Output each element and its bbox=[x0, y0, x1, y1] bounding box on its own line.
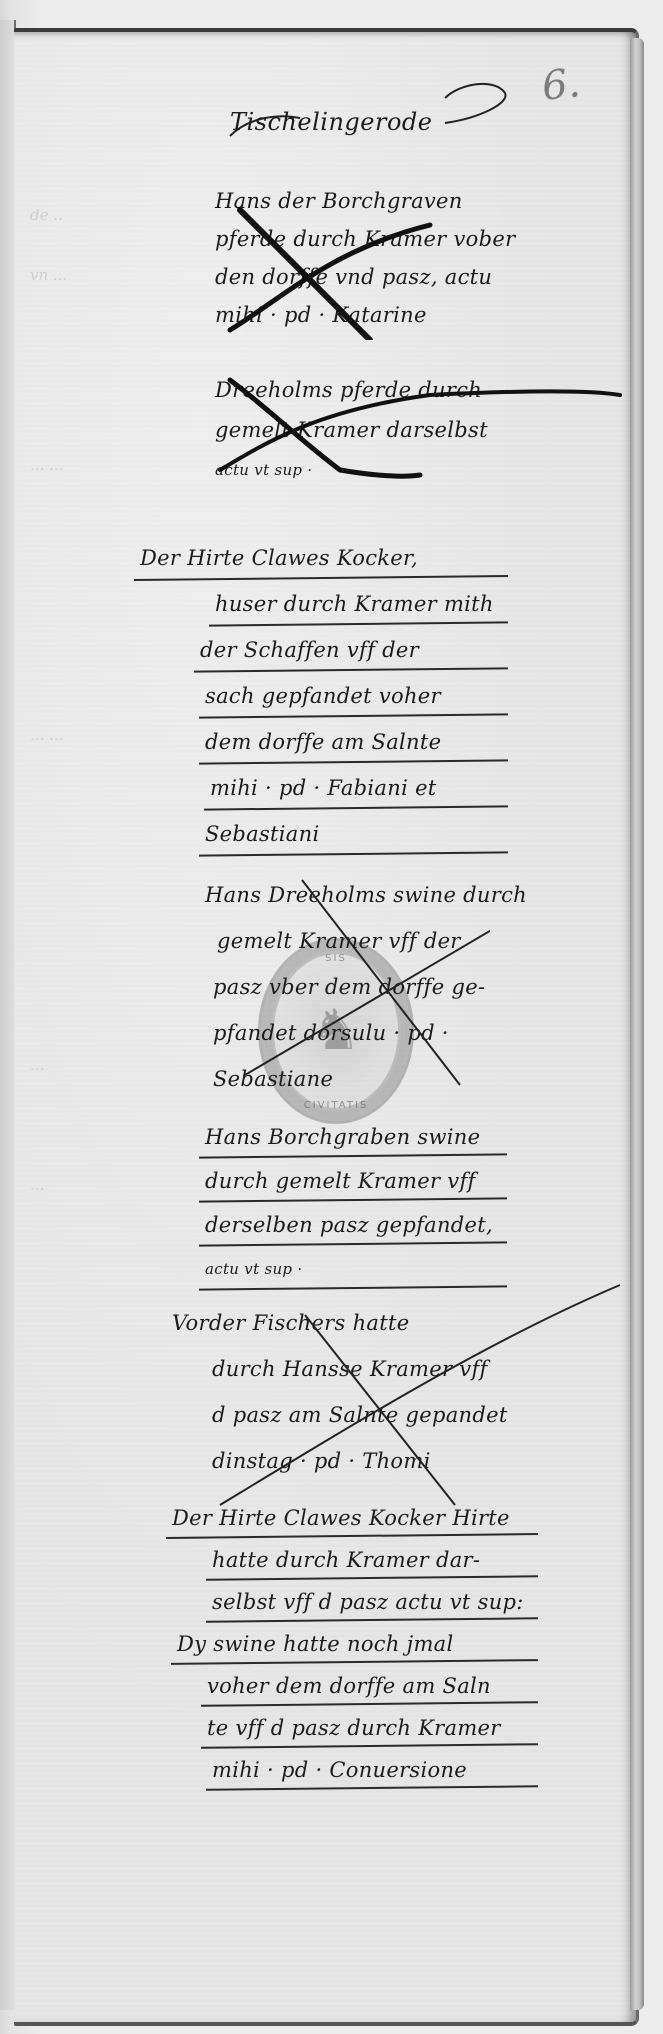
ledger-entry: Vorder Fischers hatte durch Hansse Krame… bbox=[172, 1300, 508, 1484]
bleed-line: ... ... bbox=[30, 456, 63, 474]
page-fore-edge bbox=[630, 38, 644, 2010]
entry-line: Sebastiani bbox=[205, 811, 494, 857]
bleed-line: ... ... bbox=[30, 726, 63, 744]
ledger-entry: Der Hirte Clawes Kocker Hirte hatte durc… bbox=[172, 1497, 524, 1791]
margin-bleed-through: ... bbox=[30, 1020, 180, 1080]
place-heading: Tischelingerode bbox=[230, 108, 432, 136]
entry-line: actu vt sup · bbox=[205, 1247, 493, 1291]
entry-line: selbst vff d pasz actu vt sup: bbox=[212, 1581, 524, 1623]
margin-bleed-through: ... bbox=[30, 1140, 180, 1200]
entry-line: voher dem dorffe am Saln bbox=[207, 1665, 524, 1707]
margin-bleed-through: de .. bbox=[30, 170, 180, 230]
entry-line: mihi · pd · Fabiani et bbox=[210, 765, 494, 811]
folio-number: 6. bbox=[540, 60, 583, 110]
entry-line: gemelt Kramer darselbst bbox=[215, 410, 488, 450]
ledger-entry: Hans Dreeholms swine durch gemelt Kramer… bbox=[205, 872, 527, 1102]
ledger-entry: Hans Borchgraben swine durch gemelt Kram… bbox=[205, 1115, 493, 1291]
entry-line: derselben pasz gepfandet, bbox=[205, 1203, 493, 1247]
entry-line: durch Hansse Kramer vff bbox=[212, 1346, 508, 1392]
ledger-entry: Der Hirte Clawes Kocker, huser durch Kra… bbox=[140, 535, 494, 857]
bleed-line: ... bbox=[30, 1056, 44, 1074]
entry-line: pasz vber dem dorffe ge- bbox=[213, 964, 527, 1010]
entry-line: hatte durch Kramer dar- bbox=[212, 1539, 524, 1581]
entry-line: gemelt Kramer vff der bbox=[217, 918, 527, 964]
entry-line: pfandet dorsulu · pd · bbox=[213, 1010, 527, 1056]
entry-line: d pasz am Salnte gepandet bbox=[212, 1392, 508, 1438]
entry-line: Hans Dreeholms swine durch bbox=[205, 872, 527, 918]
bleed-line: de .. bbox=[30, 206, 63, 224]
entry-line: actu vt sup · bbox=[215, 450, 488, 490]
entry-line: Hans der Borchgraven bbox=[215, 182, 515, 220]
entry-line: Vorder Fischers hatte bbox=[172, 1300, 508, 1346]
bleed-line: ... bbox=[30, 1176, 44, 1194]
entry-line: mihi · pd · Katarine bbox=[215, 296, 515, 334]
entry-line: Der Hirte Clawes Kocker Hirte bbox=[172, 1497, 524, 1539]
ledger-entry: Hans der Borchgraven pferde durch Kramer… bbox=[215, 182, 515, 334]
entry-line: Der Hirte Clawes Kocker, bbox=[140, 535, 494, 581]
entry-line: Dy swine hatte noch jmal bbox=[177, 1623, 524, 1665]
entry-line: mihi · pd · Conuersione bbox=[212, 1749, 524, 1791]
entry-line: huser durch Kramer mith bbox=[215, 581, 494, 627]
entry-line: pferde durch Kramer vober bbox=[215, 220, 515, 258]
ledger-entry: Dreeholms pferde durch gemelt Kramer dar… bbox=[215, 370, 488, 490]
entry-line: durch gemelt Kramer vff bbox=[205, 1159, 493, 1203]
bleed-line: vn ... bbox=[30, 266, 67, 284]
entry-line: dinstag · pd · Thomi bbox=[212, 1438, 508, 1484]
entry-line: sach gepfandet voher bbox=[205, 673, 494, 719]
entry-line: den dorffe vnd pasz, actu bbox=[215, 258, 515, 296]
margin-bleed-through: vn ... bbox=[30, 230, 180, 290]
entry-line: dem dorffe am Salnte bbox=[205, 719, 494, 765]
entry-line: Dreeholms pferde durch bbox=[215, 370, 488, 410]
entry-line: Sebastiane bbox=[213, 1056, 527, 1102]
entry-line: der Schaffen vff der bbox=[200, 627, 494, 673]
entry-line: Hans Borchgraben swine bbox=[205, 1115, 493, 1159]
entry-line: te vff d pasz durch Kramer bbox=[207, 1707, 524, 1749]
margin-bleed-through: ... ... bbox=[30, 420, 180, 480]
